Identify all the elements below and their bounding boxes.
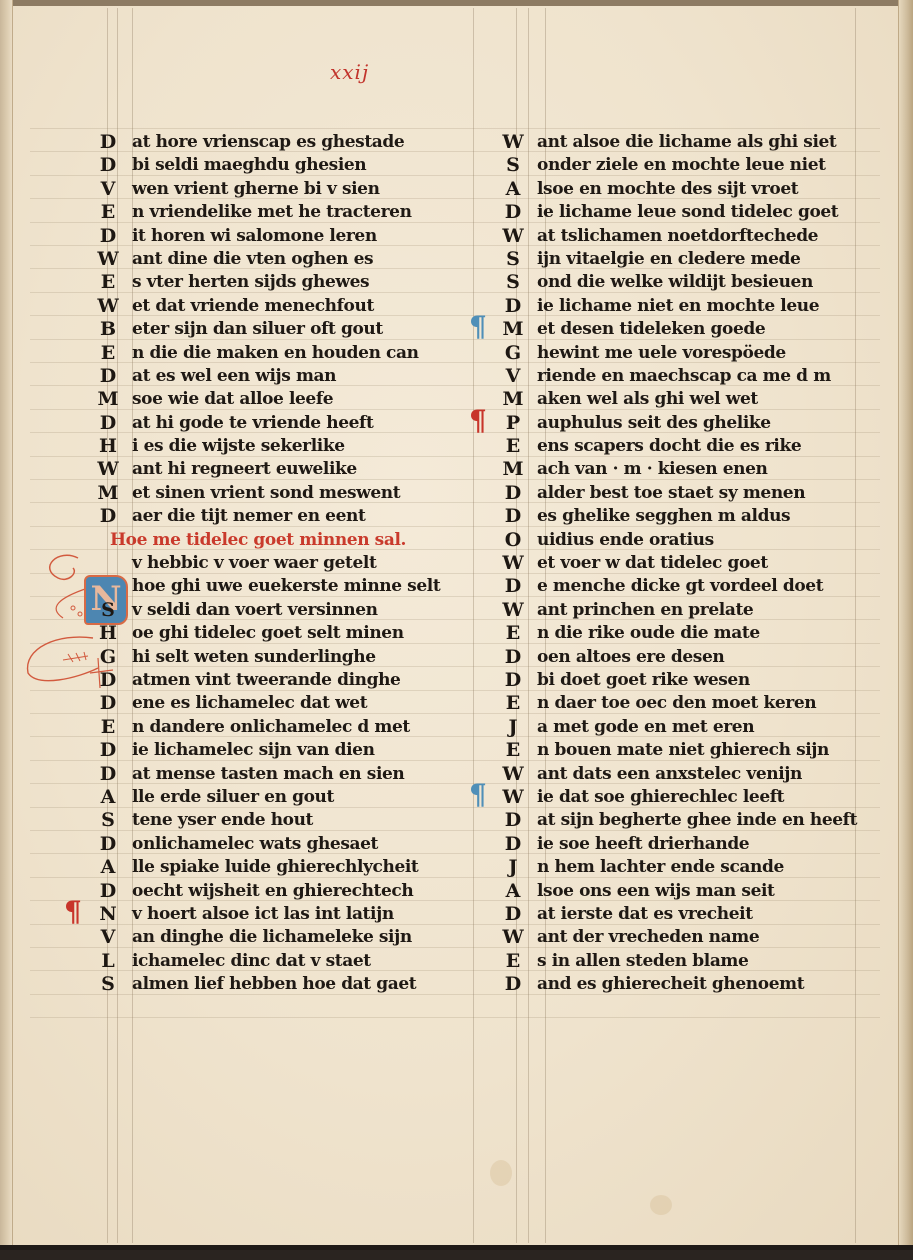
verse-line: Beter sijn dan siluer oft gout: [90, 318, 490, 341]
verse-line: Sv seldi dan voert versinnen: [90, 599, 490, 622]
line-initial: W: [495, 599, 531, 622]
verse-text: es ghelike segghen m aldus: [537, 505, 790, 528]
verse-text: riende en maechscap ca me d m: [537, 365, 831, 388]
verse-line: Want der vrecheden name: [495, 926, 895, 949]
verse-text: et sinen vrient sond meswent: [132, 482, 400, 505]
verse-text: et voer w dat tidelec goet: [537, 552, 768, 575]
verse-text: onder ziele en mochte leue niet: [537, 154, 826, 177]
line-initial: S: [495, 271, 531, 294]
verse-text: n daer toe oec den moet keren: [537, 692, 816, 715]
verse-line: Dat hore vrienscap es ghestade: [90, 131, 490, 154]
line-initial: W: [495, 786, 531, 809]
verse-line: Donlichamelec wats ghesaet: [90, 833, 490, 856]
verse-text: ichamelec dinc dat v staet: [132, 950, 371, 973]
line-initial: N: [90, 903, 126, 926]
paragraph-mark-icon: ¶: [469, 409, 487, 432]
line-initial: E: [495, 950, 531, 973]
verse-text: ant dats een anxstelec venijn: [537, 763, 802, 786]
verse-text: hoe ghi uwe euekerste minne selt: [132, 575, 440, 598]
verse-text: an dinghe die lichameleke sijn: [132, 926, 412, 949]
line-initial: D: [495, 903, 531, 926]
verse-line: Alsoe ons een wijs man seit: [495, 880, 895, 903]
line-initial: M: [495, 318, 531, 341]
page-left-edge: [0, 0, 13, 1250]
verse-text: v hoert alsoe ict las int latijn: [132, 903, 394, 926]
verse-text: s vter herten sijds ghewes: [132, 271, 369, 294]
line-initial: W: [495, 926, 531, 949]
verse-line: Want dats een anxstelec venijn: [495, 763, 895, 786]
verse-line: Vwen vrient gherne bi v sien: [90, 178, 490, 201]
verse-text: ijn vitaelgie en cledere mede: [537, 248, 800, 271]
line-initial: V: [90, 926, 126, 949]
page-top-edge: [0, 0, 913, 6]
line-initial: J: [495, 716, 531, 739]
verse-text: lsoe ons een wijs man seit: [537, 880, 775, 903]
verse-text: v hebbic v voer waer getelt: [132, 552, 376, 575]
line-initial: D: [90, 739, 126, 762]
verse-line: Ghi selt weten sunderlinghe: [90, 646, 490, 669]
verse-text: hi selt weten sunderlinghe: [132, 646, 376, 669]
verse-line: Alle erde siluer en gout: [90, 786, 490, 809]
verse-text: at hi gode te vriende heeft: [132, 412, 373, 435]
verse-line: Die lichamelec sijn van dien: [90, 739, 490, 762]
line-initial: P: [495, 412, 531, 435]
verse-text: n vriendelike met he tracteren: [132, 201, 412, 224]
line-initial: E: [90, 716, 126, 739]
line-initial: S: [495, 154, 531, 177]
folio-number: xxij: [330, 60, 369, 84]
verse-text: at es wel een wijs man: [132, 365, 336, 388]
verse-line: ¶Pauphulus seit des ghelike: [495, 412, 895, 435]
line-initial: D: [90, 880, 126, 903]
line-initial: E: [90, 342, 126, 365]
verse-line: Sijn vitaelgie en cledere mede: [495, 248, 895, 271]
verse-text: at sijn begherte ghee inde en heeft: [537, 809, 857, 832]
verse-text: almen lief hebben hoe dat gaet: [132, 973, 416, 996]
line-initial: L: [90, 950, 126, 973]
line-initial: M: [495, 388, 531, 411]
verse-line: Daer die tijt nemer en eent: [90, 505, 490, 528]
verse-text: auphulus seit des ghelike: [537, 412, 771, 435]
verse-text: n die die maken en houden can: [132, 342, 419, 365]
verse-line: De menche dicke gt vordeel doet: [495, 575, 895, 598]
verse-line: Dbi doet goet rike wesen: [495, 669, 895, 692]
verse-text: et dat vriende menechfout: [132, 295, 374, 318]
line-initial: V: [495, 365, 531, 388]
line-initial: D: [90, 669, 126, 692]
verse-text: s in allen steden blame: [537, 950, 748, 973]
line-initial: M: [90, 482, 126, 505]
stain: [490, 1160, 512, 1186]
line-initial: S: [90, 973, 126, 996]
line-initial: J: [495, 856, 531, 879]
verse-text: n bouen mate niet ghierech sijn: [537, 739, 829, 762]
verse-line: Dat ierste dat es vrecheit: [495, 903, 895, 926]
paragraph-mark-icon: ¶: [469, 783, 487, 806]
verse-line: Die lichame niet en mochte leue: [495, 295, 895, 318]
verse-text: ant hi regneert euwelike: [132, 458, 357, 481]
verse-line: Alsoe en mochte des sijt vroet: [495, 178, 895, 201]
verse-line: Eens scapers docht die es rike: [495, 435, 895, 458]
line-initial: V: [90, 178, 126, 201]
verse-text: aken wel als ghi wel wet: [537, 388, 758, 411]
verse-line: Alle spiake luide ghierechlycheit: [90, 856, 490, 879]
verse-line: Stene yser ende hout: [90, 809, 490, 832]
verse-line: Ja met gode en met eren: [495, 716, 895, 739]
verse-line: Want alsoe die lichame als ghi siet: [495, 131, 895, 154]
verse-line: Sonder ziele en mochte leue niet: [495, 154, 895, 177]
line-initial: A: [90, 856, 126, 879]
verse-text: oen altoes ere desen: [537, 646, 724, 669]
line-initial: B: [90, 318, 126, 341]
verse-text: n die rike oude die mate: [537, 622, 760, 645]
manuscript-page: xxij N Dat hore vrienscap es ghestadeDbi…: [0, 0, 913, 1250]
verse-text: i es die wijste sekerlike: [132, 435, 345, 458]
verse-line: Dbi seldi maeghdu ghesien: [90, 154, 490, 177]
right-text-column: Want alsoe die lichame als ghi sietSonde…: [495, 131, 895, 996]
line-initial: W: [495, 131, 531, 154]
verse-text: alder best toe staet sy menen: [537, 482, 805, 505]
line-initial: A: [90, 786, 126, 809]
line-initial: G: [90, 646, 126, 669]
verse-text: oe ghi tidelec goet selt minen: [132, 622, 404, 645]
verse-line: ¶Met desen tideleken goede: [495, 318, 895, 341]
line-initial: D: [90, 365, 126, 388]
verse-line: En vriendelike met he tracteren: [90, 201, 490, 224]
verse-text: v seldi dan voert versinnen: [132, 599, 378, 622]
verse-line: Datmen vint tweerande dinghe: [90, 669, 490, 692]
line-initial: D: [90, 225, 126, 248]
line-initial: M: [495, 458, 531, 481]
verse-text: ant der vrecheden name: [537, 926, 759, 949]
verse-text: bi seldi maeghdu ghesien: [132, 154, 366, 177]
verse-line: En die rike oude die mate: [495, 622, 895, 645]
paragraph-mark-icon: ¶: [469, 315, 487, 338]
verse-line: Dand es ghierecheit ghenoemt: [495, 973, 895, 996]
verse-text: at hore vrienscap es ghestade: [132, 131, 404, 154]
verse-line: Dat mense tasten mach en sien: [90, 763, 490, 786]
verse-line: Ghewint me uele vorespöede: [495, 342, 895, 365]
line-initial: D: [90, 692, 126, 715]
verse-text: bi doet goet rike wesen: [537, 669, 750, 692]
line-initial: D: [90, 505, 126, 528]
line-initial: O: [495, 529, 531, 552]
verse-line: Dalder best toe staet sy menen: [495, 482, 895, 505]
verse-line: Dat es wel een wijs man: [90, 365, 490, 388]
verse-text: at mense tasten mach en sien: [132, 763, 404, 786]
verse-line: Want dine die vten oghen es: [90, 248, 490, 271]
line-initial: D: [495, 646, 531, 669]
verse-line: Salmen lief hebben hoe dat gaet: [90, 973, 490, 996]
verse-line: Mach van · m · kiesen enen: [495, 458, 895, 481]
verse-line: Dat sijn begherte ghee inde en heeft: [495, 809, 895, 832]
stain: [650, 1195, 672, 1215]
verse-text: n dandere onlichamelec d met: [132, 716, 410, 739]
verse-line: Dene es lichamelec dat wet: [90, 692, 490, 715]
line-initial: H: [90, 622, 126, 645]
verse-line: Vriende en maechscap ca me d m: [495, 365, 895, 388]
verse-text: ie lichame leue sond tidelec goet: [537, 201, 838, 224]
verse-line: Van dinghe die lichameleke sijn: [90, 926, 490, 949]
line-initial: E: [90, 201, 126, 224]
line-initial: E: [495, 622, 531, 645]
verse-line: Die lichame leue sond tidelec goet: [495, 201, 895, 224]
line-initial: W: [90, 458, 126, 481]
verse-line: Doen altoes ere desen: [495, 646, 895, 669]
line-initial: W: [90, 295, 126, 318]
verse-line: Maken wel als ghi wel wet: [495, 388, 895, 411]
verse-text: wen vrient gherne bi v sien: [132, 178, 380, 201]
verse-text: ant dine die vten oghen es: [132, 248, 373, 271]
line-initial: D: [495, 201, 531, 224]
line-initial: W: [495, 763, 531, 786]
line-initial: E: [495, 435, 531, 458]
verse-line: Dat hi gode te vriende heeft: [90, 412, 490, 435]
verse-line: En die die maken en houden can: [90, 342, 490, 365]
line-initial: S: [90, 599, 126, 622]
line-initial: H: [90, 435, 126, 458]
line-initial: D: [90, 763, 126, 786]
verse-line: Es in allen steden blame: [495, 950, 895, 973]
verse-text: ene es lichamelec dat wet: [132, 692, 367, 715]
line-initial: D: [90, 412, 126, 435]
verse-text: soe wie dat alloe leefe: [132, 388, 333, 411]
ruling-line: [30, 1017, 880, 1018]
line-initial: A: [495, 178, 531, 201]
verse-line: Ouidius ende oratius: [495, 529, 895, 552]
verse-text: ond die welke wildijt besieuen: [537, 271, 813, 294]
line-initial: D: [495, 505, 531, 528]
line-initial: E: [90, 271, 126, 294]
line-initial: D: [495, 973, 531, 996]
verse-text: it horen wi salomone leren: [132, 225, 377, 248]
verse-line: hoe ghi uwe euekerste minne selt: [90, 575, 490, 598]
verse-text: oecht wijsheit en ghierechtech: [132, 880, 413, 903]
verse-text: tene yser ende hout: [132, 809, 313, 832]
line-initial: A: [495, 880, 531, 903]
verse-text: lle erde siluer en gout: [132, 786, 334, 809]
line-initial: D: [90, 154, 126, 177]
verse-line: Des ghelike segghen m aldus: [495, 505, 895, 528]
line-initial: S: [495, 248, 531, 271]
verse-line: Hoe me tidelec goet minnen sal.: [90, 529, 490, 552]
verse-text: hewint me uele vorespöede: [537, 342, 786, 365]
line-initial: D: [495, 833, 531, 856]
left-text-column: Dat hore vrienscap es ghestadeDbi seldi …: [90, 131, 490, 996]
verse-line: Wat tslichamen noetdorftechede: [495, 225, 895, 248]
verse-line: Die soe heeft drierhande: [495, 833, 895, 856]
verse-text: ach van · m · kiesen enen: [537, 458, 767, 481]
verse-line: v hebbic v voer waer getelt: [90, 552, 490, 575]
verse-text: ie lichame niet en mochte leue: [537, 295, 819, 318]
verse-line: ¶Wie dat soe ghierechlec leeft: [495, 786, 895, 809]
verse-line: Hoe ghi tidelec goet selt minen: [90, 622, 490, 645]
verse-text: ie dat soe ghierechlec leeft: [537, 786, 784, 809]
verse-text: ant princhen en prelate: [537, 599, 753, 622]
verse-line: ¶Nv hoert alsoe ict las int latijn: [90, 903, 490, 926]
verse-text: lsoe en mochte des sijt vroet: [537, 178, 798, 201]
line-initial: G: [495, 342, 531, 365]
verse-text: uidius ende oratius: [537, 529, 714, 552]
verse-text: and es ghierecheit ghenoemt: [537, 973, 804, 996]
line-initial: S: [90, 809, 126, 832]
verse-text: e menche dicke gt vordeel doet: [537, 575, 823, 598]
page-right-edge: [898, 0, 913, 1250]
verse-line: Es vter herten sijds ghewes: [90, 271, 490, 294]
verse-line: En bouen mate niet ghierech sijn: [495, 739, 895, 762]
line-initial: E: [495, 692, 531, 715]
verse-line: En daer toe oec den moet keren: [495, 692, 895, 715]
ruling-line: [30, 128, 880, 129]
verse-line: Msoe wie dat alloe leefe: [90, 388, 490, 411]
line-initial: D: [495, 575, 531, 598]
verse-line: Sond die welke wildijt besieuen: [495, 271, 895, 294]
verse-text: ie lichamelec sijn van dien: [132, 739, 375, 762]
line-initial: W: [495, 552, 531, 575]
paragraph-mark-icon: ¶: [64, 900, 82, 923]
verse-text: at ierste dat es vrecheit: [537, 903, 753, 926]
line-initial: D: [495, 482, 531, 505]
verse-text: ens scapers docht die es rike: [537, 435, 801, 458]
verse-line: Hi es die wijste sekerlike: [90, 435, 490, 458]
verse-line: Want hi regneert euwelike: [90, 458, 490, 481]
line-initial: W: [90, 248, 126, 271]
verse-line: Met sinen vrient sond meswent: [90, 482, 490, 505]
line-initial: D: [495, 295, 531, 318]
verse-text: a met gode en met eren: [537, 716, 754, 739]
line-initial: M: [90, 388, 126, 411]
verse-text: at tslichamen noetdorftechede: [537, 225, 818, 248]
verse-line: Jn hem lachter ende scande: [495, 856, 895, 879]
verse-text: eter sijn dan siluer oft gout: [132, 318, 383, 341]
line-initial: D: [495, 809, 531, 832]
verse-text: aer die tijt nemer en eent: [132, 505, 365, 528]
verse-text: atmen vint tweerande dinghe: [132, 669, 400, 692]
line-initial: D: [90, 833, 126, 856]
verse-text: onlichamelec wats ghesaet: [132, 833, 378, 856]
verse-line: Wet voer w dat tidelec goet: [495, 552, 895, 575]
page-bottom-edge: [0, 1245, 913, 1250]
verse-line: Lichamelec dinc dat v staet: [90, 950, 490, 973]
line-initial: W: [495, 225, 531, 248]
line-initial: D: [90, 131, 126, 154]
verse-line: Wet dat vriende menechfout: [90, 295, 490, 318]
verse-text: lle spiake luide ghierechlycheit: [132, 856, 418, 879]
verse-text: n hem lachter ende scande: [537, 856, 784, 879]
line-initial: D: [495, 669, 531, 692]
verse-text: et desen tideleken goede: [537, 318, 765, 341]
verse-line: Dit horen wi salomone leren: [90, 225, 490, 248]
rubric-heading: Hoe me tidelec goet minnen sal.: [110, 529, 406, 552]
verse-text: ant alsoe die lichame als ghi siet: [537, 131, 836, 154]
line-initial: E: [495, 739, 531, 762]
verse-line: Want princhen en prelate: [495, 599, 895, 622]
verse-line: Doecht wijsheit en ghierechtech: [90, 880, 490, 903]
verse-text: ie soe heeft drierhande: [537, 833, 749, 856]
verse-line: En dandere onlichamelec d met: [90, 716, 490, 739]
